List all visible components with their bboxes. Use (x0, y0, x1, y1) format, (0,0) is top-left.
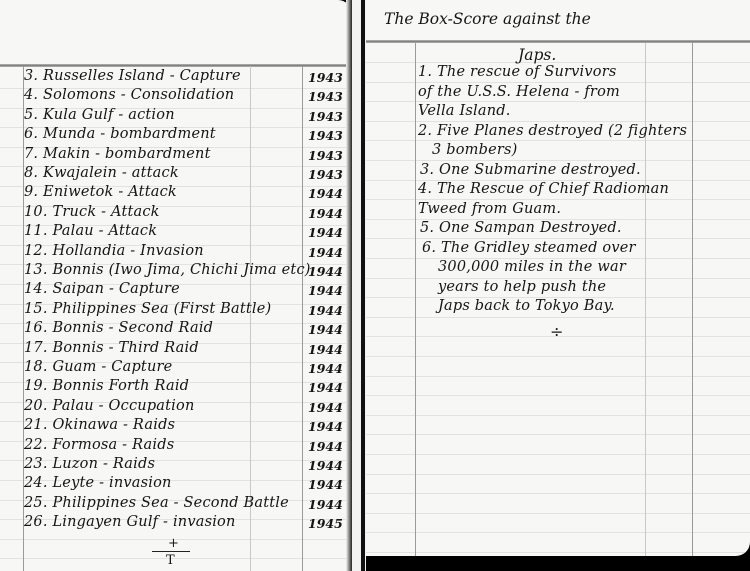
boxscore-line: years to help push the (438, 279, 606, 295)
entry-year: 1944 (308, 419, 343, 434)
boxscore-line: Vella Island. (418, 103, 511, 119)
ruled-line (0, 558, 352, 559)
entry-text: 14. Saipan - Capture (24, 281, 180, 297)
entry-year: 1943 (308, 89, 343, 104)
entry-text: 21. Okinawa - Raids (24, 417, 175, 433)
entry-year: 1944 (308, 497, 343, 512)
entry-text: 25. Philippines Sea - Second Battle (24, 495, 289, 511)
year-column-rule (302, 66, 303, 571)
entry-year: 1944 (308, 283, 343, 298)
page-title-continued: Japs. (518, 46, 556, 64)
entry-year: 1944 (308, 264, 343, 279)
left-notebook-page: 3. Russelles Island - Capture19434. Solo… (0, 0, 352, 571)
entry-text: 6. Munda - bombardment (24, 126, 216, 142)
boxscore-line: 4. The Rescue of Chief Radioman (418, 181, 669, 197)
entry-year: 1943 (308, 70, 343, 85)
column-rule (645, 43, 646, 556)
end-mark-line (152, 551, 190, 552)
entry-text: 7. Makin - bombardment (24, 146, 211, 162)
entry-text: 17. Bonnis - Third Raid (24, 340, 199, 356)
boxscore-line: 300,000 miles in the war (438, 259, 626, 275)
entry-text: 15. Philippines Sea (First Battle) (24, 301, 271, 317)
boxscore-line: 3 bombers) (432, 142, 518, 158)
entry-year: 1944 (308, 342, 343, 357)
boxscore-line: 1. The rescue of Survivors (418, 64, 616, 80)
right-notebook-page: The Box-Score against the Japs. 1. The r… (366, 0, 750, 556)
right-column-rule (692, 43, 693, 556)
entry-year: 1944 (308, 380, 343, 395)
entry-year: 1944 (308, 439, 343, 454)
page-edge-shadow (366, 556, 750, 571)
entry-text: 9. Eniwetok - Attack (24, 184, 177, 200)
boxscore-line: of the U.S.S. Helena - from (418, 84, 620, 100)
entry-year: 1943 (308, 128, 343, 143)
entry-text: 4. Solomons - Consolidation (24, 87, 234, 103)
margin-rule (415, 43, 416, 556)
entry-text: 19. Bonnis Forth Raid (24, 378, 189, 394)
entry-year: 1943 (308, 167, 343, 182)
entry-year: 1944 (308, 206, 343, 221)
entry-year: 1943 (308, 109, 343, 124)
end-mark-bottom: T (166, 553, 175, 568)
entry-year: 1944 (308, 477, 343, 492)
entry-text: 5. Kula Gulf - action (24, 107, 175, 123)
entry-text: 11. Palau - Attack (24, 223, 157, 239)
entry-year: 1944 (308, 400, 343, 415)
entry-text: 18. Guam - Capture (24, 359, 172, 375)
boxscore-line: 3. One Submarine destroyed. (420, 162, 641, 178)
entry-text: 23. Luzon - Raids (24, 456, 155, 472)
page-title: The Box-Score against the (384, 10, 591, 28)
entry-text: 20. Palau - Occupation (24, 398, 195, 414)
entry-year: 1945 (308, 516, 343, 531)
entry-text: 12. Hollandia - Invasion (24, 243, 204, 259)
boxscore-line: 6. The Gridley steamed over (422, 240, 636, 256)
entry-text: 16. Bonnis - Second Raid (24, 320, 213, 336)
entry-text: 10. Truck - Attack (24, 204, 160, 220)
entry-year: 1944 (308, 322, 343, 337)
entry-text: 13. Bonnis (Iwo Jima, Chichi Jima etc) (24, 262, 311, 278)
entry-text: 3. Russelles Island - Capture (24, 68, 241, 84)
entry-year: 1944 (308, 245, 343, 260)
boxscore-line: 5. One Sampan Destroyed. (420, 220, 622, 236)
end-mark: ÷ (550, 322, 563, 341)
entry-text: 24. Leyte - invasion (24, 475, 172, 491)
entry-year: 1944 (308, 225, 343, 240)
boxscore-line: Tweed from Guam. (418, 201, 561, 217)
entry-year: 1944 (308, 458, 343, 473)
boxscore-line: Japs back to Tokyo Bay. (438, 298, 615, 314)
notebook-binding (352, 0, 366, 571)
entry-text: 26. Lingayen Gulf - invasion (24, 514, 236, 530)
entry-year: 1944 (308, 303, 343, 318)
end-mark-top: + (168, 536, 179, 551)
header-rule (0, 64, 352, 67)
boxscore-line: 2. Five Planes destroyed (2 fighters (418, 123, 687, 139)
entry-year: 1944 (308, 361, 343, 376)
entry-year: 1944 (308, 186, 343, 201)
entry-year: 1943 (308, 148, 343, 163)
entry-text: 22. Formosa - Raids (24, 437, 174, 453)
entry-text: 8. Kwajalein - attack (24, 165, 179, 181)
